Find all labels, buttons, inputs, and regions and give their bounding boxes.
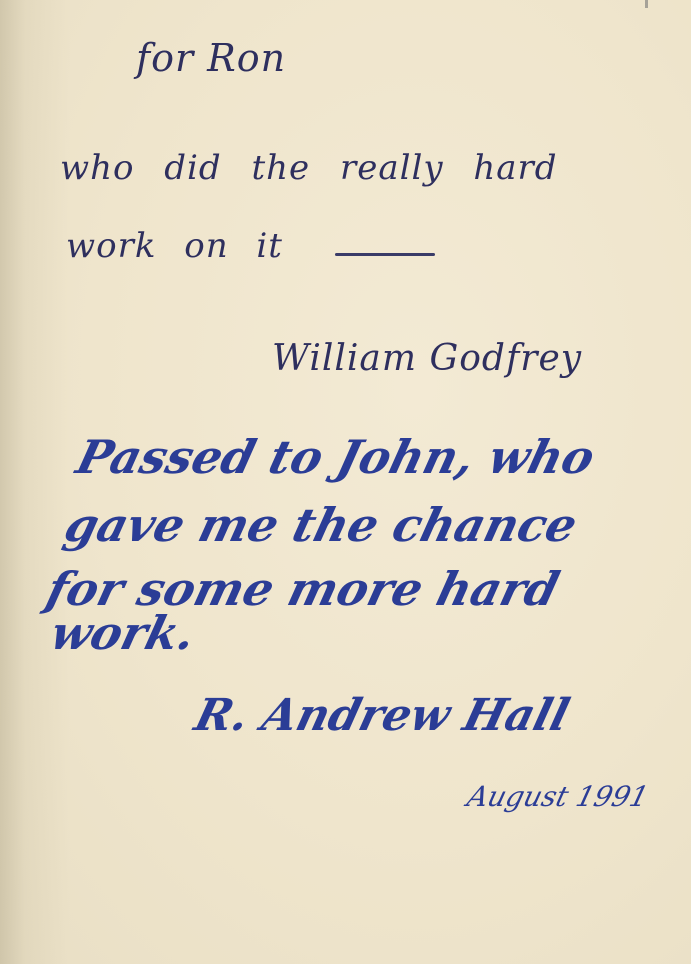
signature-r-andrew-hall: R. Andrew Hall	[190, 690, 575, 741]
corner-ink-mark	[645, 0, 648, 8]
book-page: for Ron who did the really hard work on …	[0, 0, 691, 964]
inscription-line-2: who did the really hard	[60, 148, 558, 188]
signature-william-godfrey: William Godfrey	[272, 338, 582, 379]
inscription-line-dedication: for Ron	[136, 36, 286, 80]
inscription-dash	[335, 253, 435, 256]
inscription-second-line-2: gave me the chance	[59, 498, 582, 552]
inscription-date: August 1991	[464, 780, 652, 813]
inscription-second-line-1: Passed to John, who	[71, 430, 600, 484]
inscription-second-line-4: work.	[45, 606, 201, 660]
inscription-line-3: work on it	[66, 226, 283, 266]
